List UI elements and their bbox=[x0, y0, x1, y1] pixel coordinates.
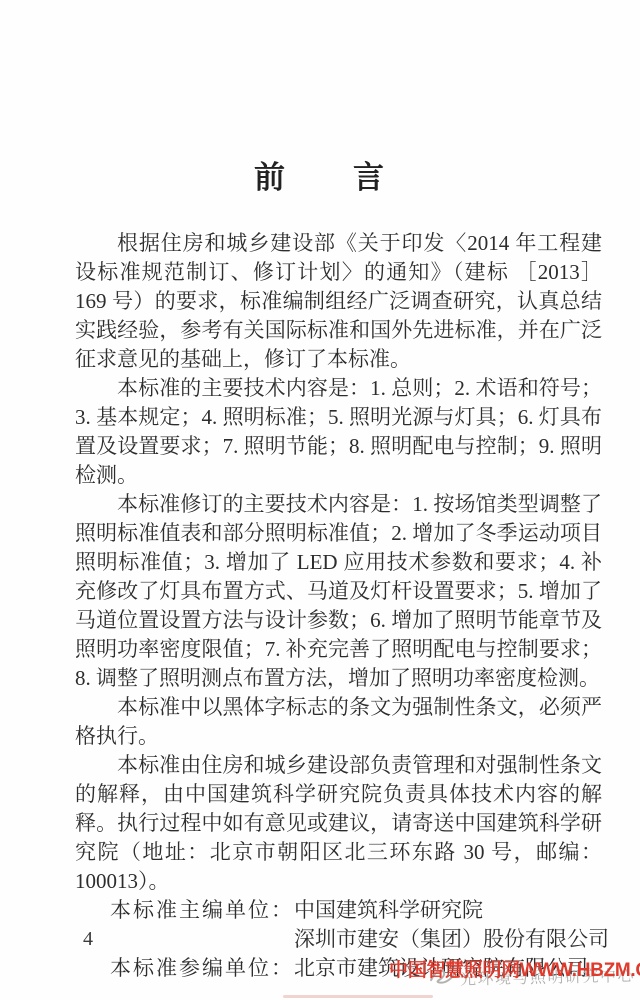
page-title: 前 言 bbox=[0, 152, 640, 197]
chief-editor-value-2: 深圳市建安（集团）股份有限公司 bbox=[75, 925, 602, 954]
scan-artifact-line bbox=[283, 995, 433, 998]
paragraph-administration: 本标准由住房和城乡建设部负责管理和对强制性条文的解释，由中国建筑科学研究院负责具… bbox=[75, 751, 602, 896]
paragraph-basis: 根据住房和城乡建设部《关于印发〈2014 年工程建设标准规范制订、修订计划〉的通… bbox=[75, 229, 602, 374]
document-page: 前 言 根据住房和城乡建设部《关于印发〈2014 年工程建设标准规范制订、修订计… bbox=[0, 0, 640, 1000]
chief-editor-value-1: 中国建筑科学研究院 bbox=[294, 898, 483, 922]
chief-editor-unit-row: 本标准主编单位：中国建筑科学研究院 bbox=[75, 896, 602, 925]
page-number: 4 bbox=[83, 928, 93, 951]
paragraph-main-contents: 本标准的主要技术内容是：1. 总则；2. 术语和符号；3. 基本规定；4. 照明… bbox=[75, 374, 602, 490]
paragraph-mandatory-provisions: 本标准中以黑体字标志的条文为强制性条文，必须严格执行。 bbox=[75, 693, 602, 751]
red-watermark: 中国智慧照明网WWW.HBZM.CN bbox=[389, 955, 640, 982]
participating-unit-label: 本标准参编单位： bbox=[110, 954, 294, 983]
body-text: 根据住房和城乡建设部《关于印发〈2014 年工程建设标准规范制订、修订计划〉的通… bbox=[75, 229, 602, 983]
paragraph-revision-contents: 本标准修订的主要技术内容是：1. 按场馆类型调整了照明标准值表和部分照明标准值；… bbox=[75, 490, 602, 693]
chief-editor-label: 本标准主编单位： bbox=[110, 896, 294, 925]
